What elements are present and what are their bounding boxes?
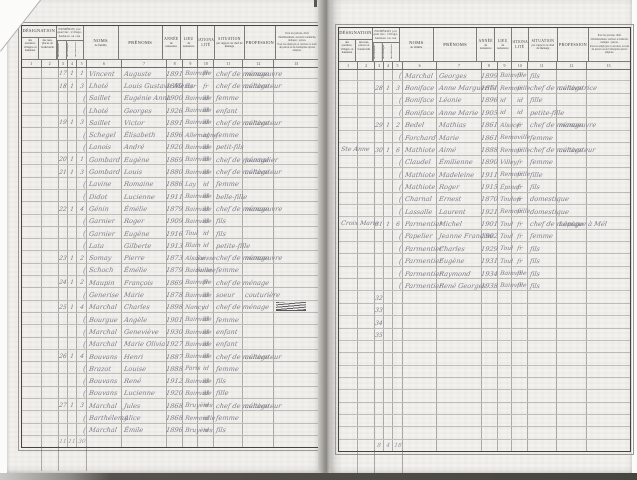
col-header-designation: DÉSIGNATION des quartiers, villages ou h…	[22, 26, 57, 59]
table-row: MathioteMadeleine1911Removillefrfille	[339, 168, 630, 180]
cell-maison	[375, 230, 384, 241]
cell-patron	[587, 69, 630, 80]
handwritten-entry: femme	[530, 159, 554, 166]
cell-rue	[42, 325, 59, 336]
table-row: PapelierJeanne Francine1902Toulfrfemme	[339, 230, 630, 242]
cell-annee: 1861	[482, 118, 498, 129]
cell-nom: Gombard	[87, 165, 122, 176]
cell-lieu	[498, 291, 513, 302]
handwritten-entry: manoeuvre	[245, 255, 283, 262]
cell-nom: Marchal	[87, 325, 122, 336]
cell-menage	[384, 242, 393, 253]
handwritten-entry: 1920	[166, 144, 184, 151]
cell-menage	[384, 193, 393, 204]
cell-rue	[358, 267, 375, 278]
cell-prenom: Roger	[437, 180, 481, 191]
cell-patron	[274, 239, 318, 250]
table-row: 33	[339, 304, 630, 316]
designation-sub-rues: des rues, places ou boulevards	[39, 38, 55, 59]
cell-rue	[358, 81, 375, 92]
handwritten-entry: 25	[59, 305, 67, 311]
cell-rue	[42, 350, 59, 361]
cell-nat	[512, 329, 528, 340]
cell-maison	[59, 239, 68, 250]
handwritten-entry: 1	[70, 305, 75, 311]
table-row: 2813BonifaceAnne Marguerite1871Removille…	[339, 81, 630, 93]
table-row: BouvansRené1912Bainvilleidfils	[22, 374, 318, 386]
cell-lieu: Alsace	[498, 118, 513, 129]
cell-nat	[512, 316, 528, 327]
cell-profession	[557, 329, 588, 340]
handwritten-entry: Lata	[89, 243, 105, 250]
cell-situation: chef de ménage	[528, 81, 557, 92]
designation-sub-quartiers: des quartiers, villages ou hameaux	[339, 40, 356, 61]
cell-profession: manoeuvre	[557, 118, 588, 129]
cell-maison	[375, 106, 384, 117]
cell-lieu: Toul	[498, 217, 513, 228]
designation-sub-rues: des rues, places ou boulevards	[356, 40, 372, 61]
cell-menage	[384, 316, 393, 327]
handwritten-entry: enfant	[216, 341, 238, 348]
handwritten-entry: journalier	[245, 157, 279, 164]
handwritten-entry: fr	[517, 246, 523, 252]
cell-profession: manoeuvre	[243, 202, 274, 213]
cell-annee: 1868	[167, 411, 183, 422]
handwritten-entry: 1890	[480, 159, 498, 166]
column-number: 5	[77, 59, 87, 67]
cell-annee: 1879	[167, 264, 183, 275]
handwritten-entry: Lapique à Mél	[558, 221, 607, 228]
cell-prenom	[437, 353, 481, 364]
handwritten-entry: Bainville	[499, 283, 526, 289]
cell-quartier: Ste Anne	[339, 143, 358, 154]
cell-nom: Parmentier	[403, 267, 437, 278]
cell-patron	[274, 374, 318, 385]
cell-nom	[403, 329, 437, 340]
cell-prenom	[437, 341, 481, 352]
cell-rue	[42, 178, 59, 189]
handwritten-entry: petite-fille	[216, 243, 251, 250]
cell-patron	[274, 387, 318, 398]
cell-patron	[587, 205, 630, 216]
cell-menage: 1	[384, 217, 393, 228]
cell-profession	[243, 424, 274, 435]
cell-rue	[358, 118, 375, 129]
cell-quartier	[22, 374, 42, 385]
handwritten-entry: fils	[216, 218, 227, 225]
cell-annee: 1911	[482, 168, 498, 179]
cell-situation	[528, 329, 557, 340]
cell-situation: enfant	[214, 104, 243, 115]
cell-patron	[587, 180, 630, 191]
handwritten-entry: Roger	[439, 184, 460, 191]
cell-quartier	[339, 69, 358, 80]
cell-situation	[528, 291, 557, 302]
cell-maison	[59, 264, 68, 275]
cell-maison	[375, 156, 384, 167]
cell-prenom: Marie	[122, 288, 167, 299]
cell-lieu: Removille	[498, 131, 513, 142]
cell-menage: 1	[68, 301, 77, 312]
table-row: 2011GombardEugène1869Bainvilleidchef de …	[22, 153, 318, 165]
col-header-numeros: NUMÉROS par quartier, village, hameau ou…	[373, 28, 400, 61]
cell-nom: Maupin	[87, 276, 122, 287]
scanner-shadow-band	[0, 473, 637, 480]
cell-situation: chef de ménage	[214, 301, 243, 312]
cell-patron	[587, 427, 630, 438]
cell-situation	[528, 304, 557, 315]
handwritten-entry: 1	[70, 207, 75, 213]
handwritten-entry: 1909	[166, 218, 184, 225]
cell-maison	[59, 313, 68, 324]
handwritten-entry: 4	[79, 207, 84, 213]
cell-lieu: Removille	[498, 168, 513, 179]
table-row: ParmentierRaymond1934Bainvillefrfils	[339, 267, 630, 279]
cell-menage	[68, 313, 77, 324]
cell-situation: femme	[528, 156, 557, 167]
cell-prenom	[437, 316, 481, 327]
cell-quartier	[339, 279, 358, 290]
cell-maison	[59, 411, 68, 422]
cell-nat: fr	[512, 242, 528, 253]
cell-situation: chef de ménage	[214, 350, 243, 361]
handwritten-entry: soeur	[216, 292, 236, 299]
totals-row: 111130	[22, 436, 318, 447]
handwritten-entry: 2	[395, 123, 400, 129]
col-header-lieu: LIEU de naissance	[495, 28, 512, 61]
handwritten-entry: cultivateur	[245, 169, 282, 176]
cell-menage	[68, 288, 77, 299]
table-row: 2713MarchalJules1868Bruyèresidchef de mé…	[22, 399, 318, 411]
table-row: ParmentierRené Georges1938Bainvillefrfil…	[339, 279, 630, 291]
handwritten-entry: id	[203, 96, 210, 102]
handwritten-entry: 30	[77, 440, 85, 446]
handwritten-entry: 1879	[166, 206, 184, 213]
cell-maison	[59, 215, 68, 226]
cell-profession	[243, 92, 274, 103]
column-number: 3	[59, 59, 68, 67]
table-row: LassalleLaurent1921Removillefrdomestique	[339, 205, 630, 217]
designation-title: DÉSIGNATION	[339, 28, 372, 40]
cell-nom: Parmentier	[403, 254, 437, 265]
cell-nat	[512, 341, 528, 352]
column-number: 11	[528, 61, 557, 69]
cell-annee: 1901	[167, 313, 183, 324]
handwritten-entry: 1920	[166, 390, 184, 397]
handwritten-entry: Toul	[185, 231, 199, 237]
handwritten-entry: Georges	[124, 108, 153, 115]
cell-menage	[384, 180, 393, 191]
handwritten-entry: 1905	[480, 110, 498, 117]
cell-individu: 1	[77, 67, 87, 78]
handwritten-entry: id	[203, 391, 210, 397]
cell-lieu: Bainville	[183, 92, 198, 103]
cell-menage	[68, 104, 77, 115]
handwritten-entry: Marchal	[89, 304, 118, 311]
cell-maison	[59, 288, 68, 299]
cell-rue	[358, 279, 375, 290]
cell-quartier	[22, 288, 42, 299]
handwritten-entry: femme	[216, 181, 240, 188]
handwritten-entry: 4	[79, 305, 84, 311]
handwritten-entry: enfant	[216, 329, 238, 336]
cell-maison	[375, 94, 384, 105]
handwritten-entry: Gilberte	[124, 243, 152, 250]
column-number: 4	[68, 59, 77, 67]
handwritten-entry: 1896	[480, 97, 498, 104]
handwritten-entry: Removille	[499, 148, 530, 154]
handwritten-entry: id	[203, 342, 210, 348]
cell-prenom: Georges	[122, 104, 167, 115]
cell-nom	[403, 366, 437, 377]
cell-quartier	[22, 362, 42, 373]
cell-nom: Marchal	[87, 338, 122, 349]
handwritten-entry: Marchal	[89, 403, 118, 410]
handwritten-entry: id	[203, 108, 210, 114]
cell-menage	[68, 190, 77, 201]
handwritten-entry: Charles	[124, 304, 151, 311]
cell-menage	[384, 390, 393, 401]
cell-maison	[375, 390, 384, 401]
cell-prenom: Roger	[122, 215, 167, 226]
cell-quartier	[339, 242, 358, 253]
cell-situation: fils	[528, 242, 557, 253]
handwritten-entry: René	[124, 378, 142, 385]
handwritten-entry: petit-fils	[216, 144, 245, 151]
cell-menage: 1	[68, 153, 77, 164]
handwritten-entry: Parmentier	[405, 271, 443, 278]
cell-profession	[243, 325, 274, 336]
cell-patron	[587, 366, 630, 377]
handwritten-entry: Émilienne	[439, 159, 474, 166]
cell-quartier	[339, 180, 358, 191]
cell-menage	[68, 92, 77, 103]
cell-patron	[587, 106, 630, 117]
cell-patron	[274, 92, 318, 103]
cell-prenom: Anne Marie	[437, 106, 481, 117]
cell-profession	[557, 180, 588, 191]
column-number: 9	[183, 59, 198, 67]
handwritten-entry: 1	[70, 280, 75, 286]
cell-nom: Garnier	[87, 227, 122, 238]
cell-nom	[403, 291, 437, 302]
cell-maison	[59, 374, 68, 385]
handwritten-entry: Lay	[185, 182, 197, 188]
handwritten-entry: id	[203, 403, 210, 409]
handwritten-entry: id	[499, 110, 506, 116]
handwritten-entry: 34	[375, 321, 383, 327]
handwritten-entry: Henri	[124, 354, 144, 361]
cell-nom	[403, 427, 437, 438]
cell-annee: 1915	[482, 180, 498, 191]
handwritten-entry: 1	[386, 148, 391, 154]
cell-rue	[358, 291, 375, 302]
cell-nat	[512, 353, 528, 364]
cell-lieu: Nancy	[183, 301, 198, 312]
table-row: GarnierEugène1916Toulidfils	[22, 227, 318, 239]
cell-situation: femme	[214, 128, 243, 139]
col-header-nationalite: NATIONA- LITÉ	[512, 28, 529, 61]
cell-annee	[482, 440, 498, 451]
handwritten-entry: id	[203, 428, 210, 434]
handwritten-entry: id	[203, 120, 210, 126]
cell-situation: chef de ménage	[214, 67, 243, 78]
handwritten-entry: Charnal	[405, 196, 433, 203]
handwritten-entry: id	[203, 317, 210, 323]
handwritten-entry: chef de ménage	[216, 304, 270, 311]
table-row: ParmentierEugène1931Toulfrfils	[339, 254, 630, 266]
cell-quartier	[22, 92, 42, 103]
cell-rue	[42, 301, 59, 312]
cell-prenom	[437, 427, 481, 438]
cell-nom	[403, 353, 437, 364]
table-row	[339, 378, 630, 390]
handwritten-entry: François	[124, 280, 154, 287]
cell-patron	[587, 378, 630, 389]
cell-quartier	[339, 193, 358, 204]
cell-prenom	[122, 436, 167, 447]
cell-rue	[42, 387, 59, 398]
handwritten-entry: id	[203, 170, 210, 176]
handwritten-entry: Lavine	[89, 181, 112, 188]
handwritten-entry: id	[516, 98, 523, 104]
handwritten-entry: 1879	[166, 267, 184, 274]
cell-nat: id	[198, 227, 214, 238]
cell-menage	[384, 230, 393, 241]
handwritten-entry: 3	[79, 170, 84, 176]
handwritten-entry: 17	[59, 71, 67, 77]
cell-lieu: Toulon	[498, 193, 513, 204]
cell-profession	[243, 436, 274, 447]
handwritten-entry: fils	[216, 231, 227, 238]
cell-prenom: Michel	[437, 217, 481, 228]
numeros-title: NUMÉROS par quartier, village, hameau ou…	[57, 26, 83, 41]
table-row: BarthélemyAlice1868Removilleidfemme	[22, 411, 318, 423]
cell-quartier	[339, 341, 358, 352]
cell-quartier	[22, 141, 42, 152]
table-row: MarchalÉmile1896Bruyèresidfils	[22, 424, 318, 436]
cell-menage	[384, 267, 393, 278]
cell-menage	[68, 338, 77, 349]
cell-lieu: Bainville	[183, 215, 198, 226]
cell-prenom: Eugène	[122, 227, 167, 238]
cell-situation: chef de ménage	[214, 251, 243, 262]
cell-lieu: Removille	[183, 411, 198, 422]
cell-rue	[42, 424, 59, 435]
column-number: 2	[42, 59, 59, 67]
cell-menage: 1	[384, 143, 393, 154]
handwritten-entry: Gombard	[89, 169, 121, 176]
cell-annee: 1926	[167, 104, 183, 115]
handwritten-entry: Émélie	[124, 206, 148, 213]
table-row: 2312SomayPierre1873AlsaceSuissechef de m…	[22, 251, 318, 263]
cell-annee: 1921	[482, 205, 498, 216]
handwritten-entry: 1886	[166, 181, 184, 188]
cell-menage	[68, 362, 77, 373]
handwritten-entry: cultivateur	[245, 83, 282, 90]
cell-lieu: Bainville	[183, 288, 198, 299]
designation-sub-quartiers: des quartiers, villages ou hameaux	[22, 38, 39, 59]
cell-maison: 34	[375, 316, 384, 327]
cell-menage	[68, 227, 77, 238]
cell-annee: 1890	[167, 79, 183, 90]
cell-patron	[587, 94, 630, 105]
handwritten-entry: id	[516, 110, 523, 116]
handwritten-entry: Somay	[89, 255, 112, 262]
cell-situation: fils	[214, 215, 243, 226]
table-row	[339, 390, 630, 402]
cell-nat	[512, 366, 528, 377]
cell-rue	[42, 67, 59, 78]
handwritten-entry: Barthélemy	[89, 415, 129, 422]
cell-situation: fille	[214, 387, 243, 398]
handwritten-entry: Suisse	[196, 256, 216, 262]
cell-maison	[375, 366, 384, 377]
table-row: 2912BedelMathias1861Alsacefrchef de ména…	[339, 118, 630, 130]
table-row	[339, 415, 630, 427]
cell-rue	[42, 92, 59, 103]
cell-rue	[42, 190, 59, 201]
cell-annee: 1887	[167, 350, 183, 361]
cell-annee	[482, 427, 498, 438]
cell-patron	[587, 193, 630, 204]
handwritten-entry: 1	[70, 170, 75, 176]
handwritten-entry: Removille	[185, 416, 216, 422]
cell-annee: 1869	[167, 153, 183, 164]
column-number: 11	[214, 59, 243, 67]
handwritten-entry: 1929	[480, 246, 498, 253]
cell-nom: Papelier	[403, 230, 437, 241]
cell-quartier	[22, 350, 42, 361]
handwritten-entry: 4	[79, 354, 84, 360]
cell-nom	[403, 403, 437, 414]
cell-nat: id	[198, 178, 214, 189]
cell-rue	[42, 104, 59, 115]
col-header-designation: DÉSIGNATION des quartiers, villages ou h…	[339, 28, 373, 61]
handwritten-entry: fr	[203, 84, 209, 90]
cell-annee: 1896	[167, 128, 183, 139]
cell-situation	[528, 440, 557, 451]
cell-profession	[557, 242, 588, 253]
cell-rue	[42, 128, 59, 139]
cell-rue	[358, 94, 375, 105]
handwritten-entry: Charles	[439, 246, 466, 253]
handwritten-entry: Marie	[439, 135, 460, 142]
cell-prenom: Charles	[437, 242, 481, 253]
cell-nom: Bouvans	[87, 350, 122, 361]
handwritten-entry: Michel	[439, 221, 463, 228]
cell-annee: 1938	[482, 279, 498, 290]
handwritten-entry: 1891	[166, 120, 184, 127]
cell-rue	[358, 353, 375, 364]
handwritten-entry: fille	[216, 390, 229, 397]
cell-lieu	[498, 366, 513, 377]
cell-rue	[358, 156, 375, 167]
cell-nom: Bouvans	[87, 387, 122, 398]
handwritten-entry: fils	[530, 73, 541, 80]
cell-nat	[198, 436, 214, 447]
cell-patron	[274, 436, 318, 447]
table-row	[339, 427, 630, 439]
table-row: SailletEugénie Anna1900Bainvilleidfemme	[22, 92, 318, 104]
cell-profession	[557, 403, 588, 414]
cell-prenom: Lucienne	[122, 190, 167, 201]
handwritten-entry: Lucienne	[124, 194, 156, 201]
cell-patron	[274, 104, 318, 115]
table-row: GarnierRoger1909Bainvilleidfils	[22, 215, 318, 227]
cell-prenom: Jules	[122, 399, 167, 410]
handwritten-entry: id	[203, 366, 210, 372]
